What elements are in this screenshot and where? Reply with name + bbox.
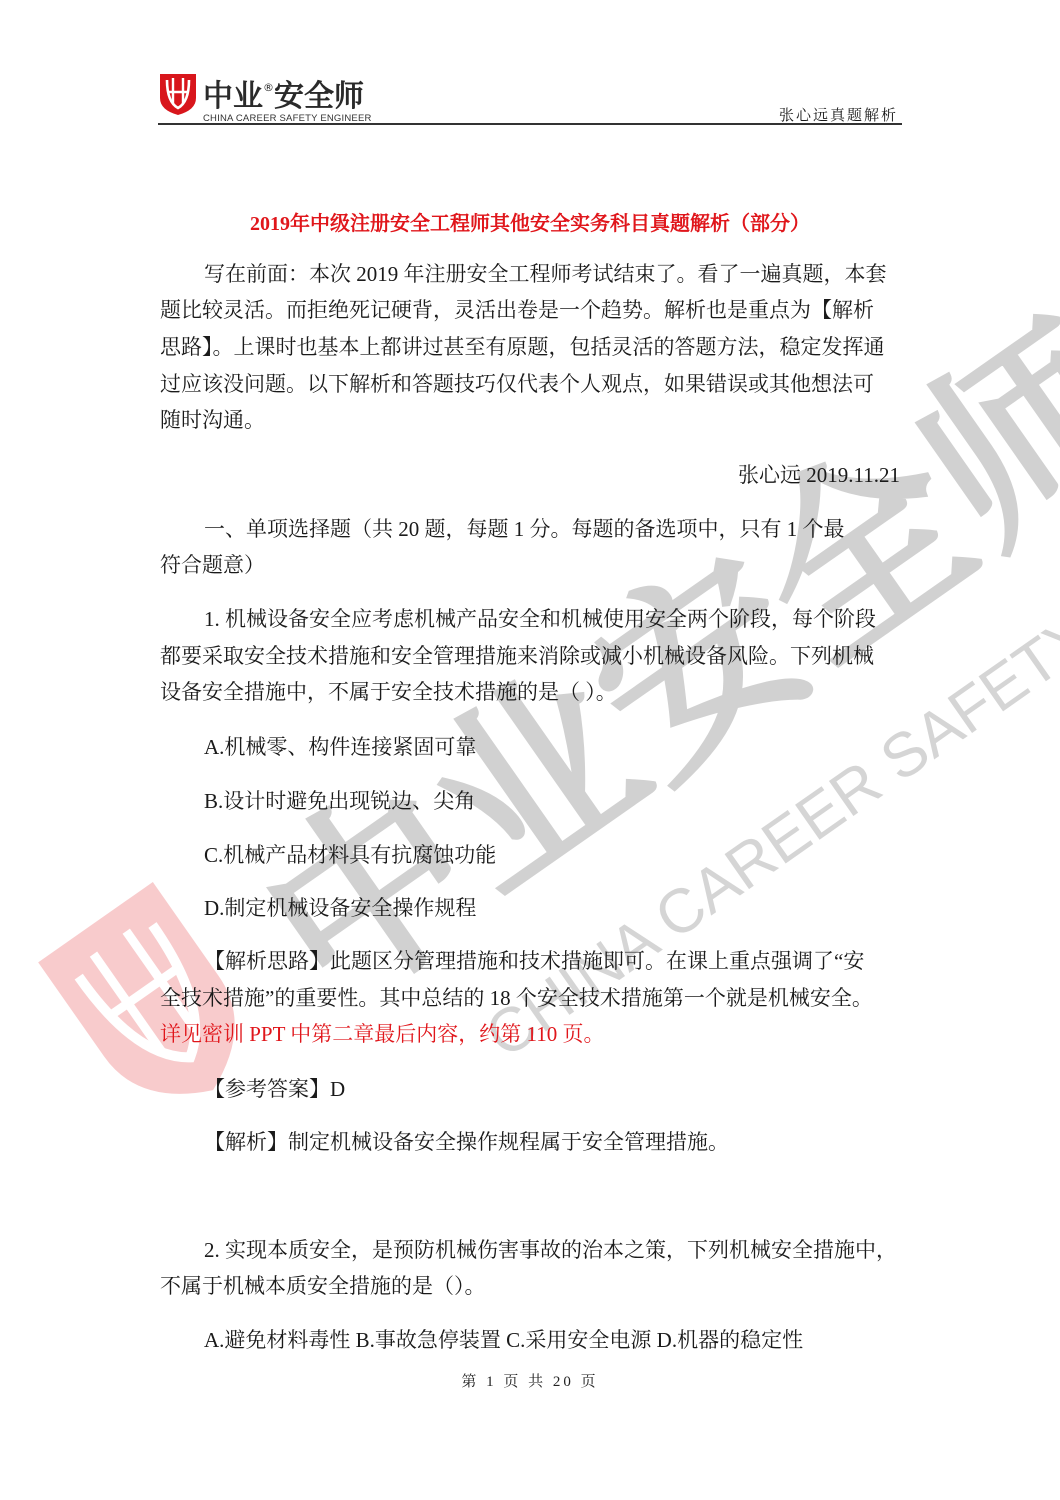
header-divider bbox=[158, 123, 902, 125]
page-number: 第 1 页 共 20 页 bbox=[0, 1370, 1060, 1391]
q2-stem-line-1: 2. 实现本质安全，是预防机械伤害事故的治本之策，下列机械安全措施中， bbox=[160, 1232, 900, 1268]
page-header: 中业®安全师 CHINA CAREER SAFETY ENGINEER 张心远真… bbox=[158, 72, 902, 128]
q1-option-d: D.制定机械设备安全操作规程 bbox=[160, 890, 944, 926]
intro-line-5: 随时沟通。 bbox=[160, 402, 900, 438]
signature: 张心远 2019.11.21 bbox=[160, 457, 900, 493]
q1-stem-line-2: 都要采取安全技术措施和安全管理措施来消除或减小机械设备风险。下列机械 bbox=[160, 638, 900, 674]
q1-stem-line-1: 1. 机械设备安全应考虑机械产品安全和机械使用安全两个阶段，每个阶段 bbox=[160, 601, 900, 637]
q1-option-b: B.设计时避免出现锐边、尖角 bbox=[160, 783, 944, 819]
document-title: 2019年中级注册安全工程师其他安全实务科目真题解析（部分） bbox=[160, 206, 900, 242]
q1-option-c: C.机械产品材料具有抗腐蚀功能 bbox=[160, 837, 944, 873]
q1-analysis-line-1: 【解析思路】此题区分管理措施和技术措施即可。在课上重点强调了“安 bbox=[160, 943, 900, 979]
brand-logo: 中业®安全师 CHINA CAREER SAFETY ENGINEER bbox=[158, 72, 372, 124]
header-author-title: 张心远真题解析 bbox=[779, 104, 898, 125]
section-heading-line-1: 一、单项选择题（共 20 题，每题 1 分。每题的备选项中，只有 1 个最 bbox=[160, 511, 900, 547]
q1-answer: 【参考答案】D bbox=[160, 1071, 944, 1107]
intro-line-2: 题比较灵活。而拒绝死记硬背，灵活出卷是一个趋势。解析也是重点为【解析 bbox=[160, 292, 900, 328]
brand-name: 中业®安全师 bbox=[203, 72, 372, 113]
q1-stem-line-3: 设备安全措施中，不属于安全技术措施的是（ ）。 bbox=[160, 674, 900, 710]
q1-explanation: 【解析】制定机械设备安全操作规程属于安全管理措施。 bbox=[160, 1124, 944, 1160]
intro-line-3: 思路】。上课时也基本上都讲过甚至有原题，包括灵活的答题方法，稳定发挥通 bbox=[160, 329, 900, 365]
shield-logo-icon bbox=[158, 72, 198, 116]
q1-option-a: A.机械零、构件连接紧固可靠 bbox=[160, 729, 944, 765]
intro-line-1: 写在前面：本次 2019 年注册安全工程师考试结束了。看了一遍真题，本套 bbox=[160, 256, 900, 292]
q1-analysis-line-2: 全技术措施”的重要性。其中总结的 18 个安全技术措施第一个就是机械安全。 bbox=[160, 980, 900, 1016]
q1-reference-note: 详见密训 PPT 中第二章最后内容，约第 110 页。 bbox=[160, 1016, 900, 1052]
q2-options: A.避免材料毒性 B.事故急停装置 C.采用安全电源 D.机器的稳定性 bbox=[160, 1322, 944, 1358]
section-heading-line-2: 符合题意） bbox=[160, 547, 900, 583]
intro-line-4: 过应该没问题。以下解析和答题技巧仅代表个人观点，如果错误或其他想法可 bbox=[160, 366, 900, 402]
q2-stem-line-2: 不属于机械本质安全措施的是（）。 bbox=[160, 1268, 900, 1304]
